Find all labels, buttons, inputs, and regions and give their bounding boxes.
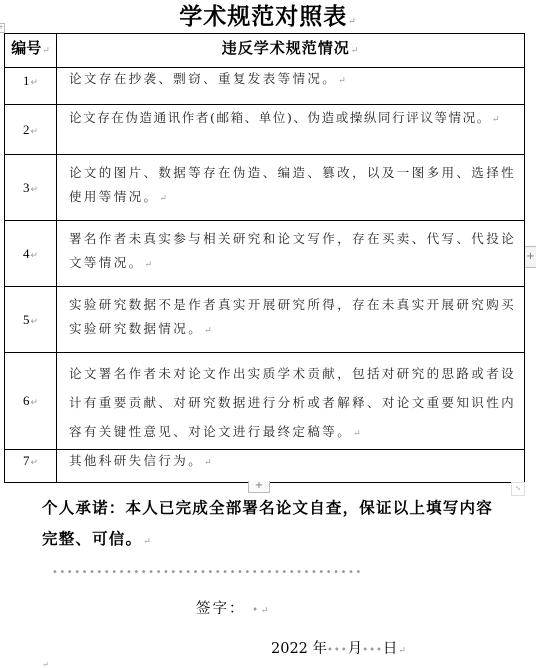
table-resize-icon[interactable]: ⤡ (511, 482, 525, 496)
row-description[interactable]: 实验研究数据不是作者真实开展研究所得，存在未真实开展研究购买实验研究数据情况。↵ (57, 287, 525, 353)
row-number[interactable]: 7↵ (5, 450, 57, 483)
table-row: 1↵ 论文存在抄袭、剽窃、重复发表等情况。↵ (5, 68, 525, 105)
personal-pledge: 个人承诺：本人已完成全部署名论文自查，保证以上填写内容完整、可信。↵ (42, 492, 502, 558)
signature-label: 签字： (196, 601, 246, 617)
row-number[interactable]: 5↵ (5, 287, 57, 353)
signature-line: 签字： •↵ (196, 597, 271, 618)
row-description[interactable]: 论文存在伪造通讯作者(邮箱、单位)、伪造或操纵同行评议等情况。↵ (57, 105, 525, 155)
table-header-row: 编号↵ 违反学术规范情况↵ (5, 34, 525, 68)
date-year: 2022 (271, 641, 308, 657)
paragraph-mark-icon: ↵ (348, 17, 357, 27)
row-description[interactable]: 论文的图片、数据等存在伪造、编造、篡改，以及一图多用、选择性使用等情况。↵ (57, 155, 525, 221)
document-title-text: 学术规范对照表 (179, 3, 347, 30)
table-row: 2↵ 论文存在伪造通讯作者(邮箱、单位)、伪造或操纵同行评议等情况。↵ (5, 105, 525, 155)
row-description[interactable]: 论文存在抄袭、剽窃、重复发表等情况。↵ (57, 68, 525, 105)
row-description[interactable]: 其他科研失信行为。↵ (57, 450, 525, 483)
signature-field[interactable]: • (252, 605, 260, 616)
table-row: 7↵ 其他科研失信行为。↵ (5, 450, 525, 483)
header-number: 编号↵ (5, 34, 57, 68)
add-column-icon[interactable]: + (525, 246, 536, 268)
table-move-handle-icon[interactable]: + (0, 23, 5, 33)
row-description[interactable]: 论文署名作者未对论文作出实质学术贡献，包括对研究的思路或者设计有重要贡献、对研究… (57, 353, 525, 450)
document-title: 学术规范对照表↵ (0, 2, 536, 37)
row-number[interactable]: 6↵ (5, 353, 57, 450)
date-line: 2022 年•••月•••日↵ (271, 637, 406, 658)
paragraph-mark-icon: ↵ (42, 660, 49, 668)
table-row: 5↵ 实验研究数据不是作者真实开展研究所得，存在未真实开展研究购买实验研究数据情… (5, 287, 525, 353)
row-number[interactable]: 1↵ (5, 68, 57, 105)
row-number[interactable]: 4↵ (5, 221, 57, 287)
row-description[interactable]: 署名作者未真实参与相关研究和论文写作，存在买卖、代写、代投论文等情况。↵ (57, 221, 525, 287)
dotted-line-separator: ••••••••••••••••••••••••••••••••••••••••… (52, 567, 363, 578)
academic-norms-table: 编号↵ 违反学术规范情况↵ 1↵ 论文存在抄袭、剽窃、重复发表等情况。↵ 2↵ … (4, 33, 525, 483)
day-field[interactable]: ••• (362, 645, 383, 656)
row-number[interactable]: 2↵ (5, 105, 57, 155)
header-description: 违反学术规范情况↵ (57, 34, 525, 68)
month-field[interactable]: ••• (327, 645, 348, 656)
table-row: 4↵ 署名作者未真实参与相关研究和论文写作，存在买卖、代写、代投论文等情况。↵ (5, 221, 525, 287)
table-row: 6↵ 论文署名作者未对论文作出实质学术贡献，包括对研究的思路或者设计有重要贡献、… (5, 353, 525, 450)
row-number[interactable]: 3↵ (5, 155, 57, 221)
table-row: 3↵ 论文的图片、数据等存在伪造、编造、篡改，以及一图多用、选择性使用等情况。↵ (5, 155, 525, 221)
